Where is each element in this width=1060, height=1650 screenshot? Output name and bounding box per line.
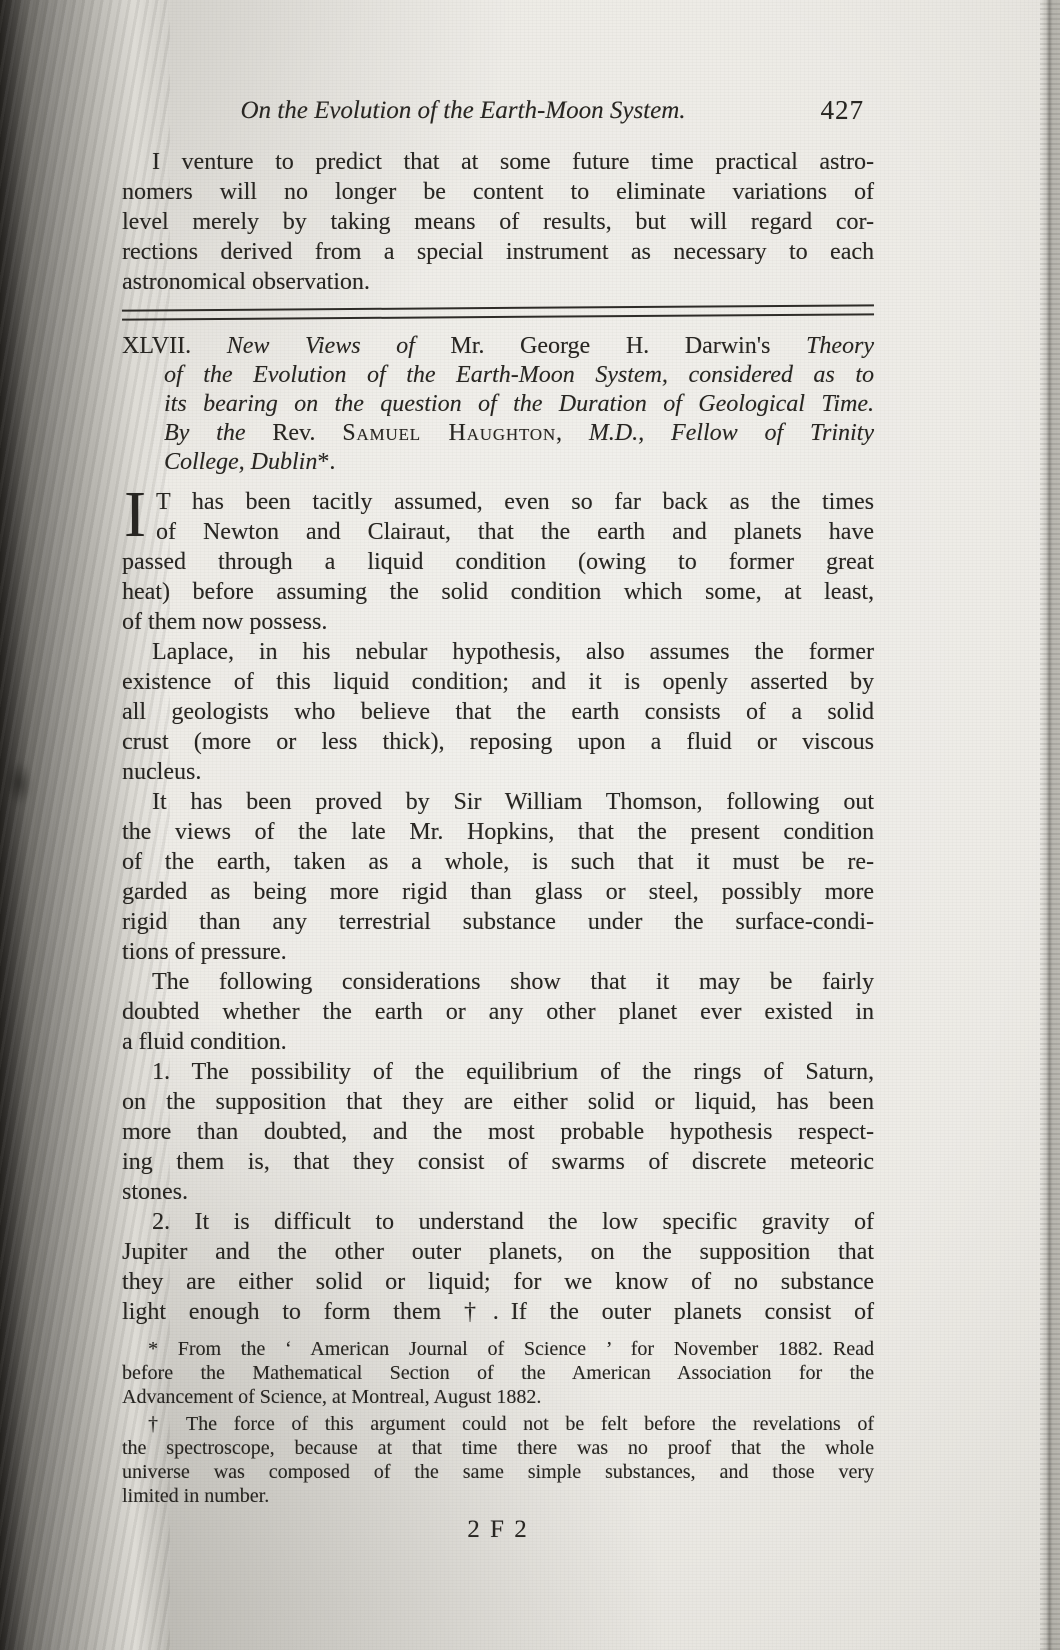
text-segment-it: College, Dublin [164,449,317,475]
text-segment-it: M.D., Fellow of Trinity [589,420,874,446]
text-segment-rm: XLVII. [122,333,227,359]
text-line: T has been tacitly assumed, even so far … [122,487,874,517]
text-segment-rm: Mr. George H. Darwin's [450,333,806,359]
text-line: Advancement of Science, at Montreal, Aug… [122,1385,874,1409]
text-line: passed through a liquid condition (owing… [122,547,874,577]
paragraph-opening: I T has been tacitly assumed, even so fa… [122,487,874,637]
footnotes: * From the ‘ American Journal of Science… [122,1337,874,1508]
text-line: XLVII. New Views of Mr. George H. Darwin… [122,332,874,361]
text-line: of them now possess. [122,607,874,637]
article-heading: XLVII. New Views of Mr. George H. Darwin… [122,332,874,477]
drop-cap: I [124,489,146,541]
intro-paragraph: I venture to predict that at some future… [122,147,874,297]
text-segment-rm: Rev. [272,420,342,446]
text-segment-rm: *. [317,449,335,475]
footnote-star: * From the ‘ American Journal of Science… [122,1337,874,1409]
text-line: more than doubted, and the most probable… [122,1117,874,1147]
text-segment-it: By the [164,420,272,446]
text-line: ing them is, that they consist of swarms… [122,1147,874,1177]
text-line: level merely by taking means of results,… [122,207,874,237]
section-rule [122,304,874,320]
text-line: astronomical observation. [122,267,874,297]
text-line: crust (more or less thick), reposing upo… [122,727,874,757]
text-line: 2. It is difficult to understand the low… [122,1207,874,1237]
text-line: its bearing on the question of the Durat… [122,390,874,419]
text-line: It has been proved by Sir William Thomso… [122,787,874,817]
page-edge-right [1040,0,1060,1650]
text-segment-sc: Samuel Haughton [342,420,556,446]
paragraph-laplace: Laplace, in his nebular hypothesis, also… [122,637,874,787]
text-line: on the supposition that they are either … [122,1087,874,1117]
text-line: of the earth, taken as a whole, is such … [122,847,874,877]
text-line: the views of the late Mr. Hopkins, that … [122,817,874,847]
text-segment-it: its bearing on the question of the Durat… [164,391,874,417]
running-head-title: On the Evolution of the Earth-Moon Syste… [122,97,804,125]
text-line: tions of pressure. [122,937,874,967]
text-line: of the Evolution of the Earth-Moon Syste… [122,361,874,390]
text-line: Laplace, in his nebular hypothesis, also… [122,637,874,667]
text-line: By the Rev. Samuel Haughton, M.D., Fello… [122,419,874,448]
text-line: * From the ‘ American Journal of Science… [122,1337,874,1361]
text-line: heat) before assuming the solid conditio… [122,577,874,607]
text-line: light enough to form them †. If the oute… [122,1297,874,1327]
text-line: they are either solid or liquid; for we … [122,1267,874,1297]
text-line: nomers will no longer be content to elim… [122,177,874,207]
text-line: † The force of this argument could not b… [122,1412,874,1436]
text-line: universe was composed of the same simple… [122,1460,874,1484]
paragraph-point-one: 1. The possibility of the equilibrium of… [122,1057,874,1207]
gutter-smudge [6,760,32,806]
text-line: rections derived from a special instrume… [122,237,874,267]
text-segment-it: New Views of [227,333,451,359]
text-line: Jupiter and the other outer planets, on … [122,1237,874,1267]
signature-mark: 2 F 2 [122,1516,874,1544]
article-body: I T has been tacitly assumed, even so fa… [122,487,874,1327]
text-segment-it: Theory [806,333,874,359]
text-line: 1. The possibility of the equilibrium of… [122,1057,874,1087]
running-head: On the Evolution of the Earth-Moon Syste… [122,97,874,131]
text-column: On the Evolution of the Earth-Moon Syste… [122,97,874,1544]
paragraph-thomson: It has been proved by Sir William Thomso… [122,787,874,967]
footnote-dagger: † The force of this argument could not b… [122,1412,874,1508]
text-line: a fluid condition. [122,1027,874,1057]
text-line: the spectroscope, because at that time t… [122,1436,874,1460]
text-line: all geologists who believe that the eart… [122,697,874,727]
text-line: limited in number. [122,1484,874,1508]
page-number: 427 [821,95,865,126]
text-segment-it: of the Evolution of the Earth-Moon Syste… [164,362,874,388]
text-line: I venture to predict that at some future… [122,147,874,177]
text-line: existence of this liquid condition; and … [122,667,874,697]
text-line: of Newton and Clairaut, that the earth a… [122,517,874,547]
scanned-journal-page: On the Evolution of the Earth-Moon Syste… [0,0,1060,1650]
text-line: stones. [122,1177,874,1207]
text-line: doubted whether the earth or any other p… [122,997,874,1027]
text-line: garded as being more rigid than glass or… [122,877,874,907]
text-line: before the Mathematical Section of the A… [122,1361,874,1385]
text-segment-rm: , [556,420,589,446]
paragraph-point-two: 2. It is difficult to understand the low… [122,1207,874,1327]
text-line: College, Dublin*. [122,448,874,477]
text-line: The following considerations show that i… [122,967,874,997]
paragraph-considerations: The following considerations show that i… [122,967,874,1057]
text-line: rigid than any terrestrial substance und… [122,907,874,937]
text-line: nucleus. [122,757,874,787]
